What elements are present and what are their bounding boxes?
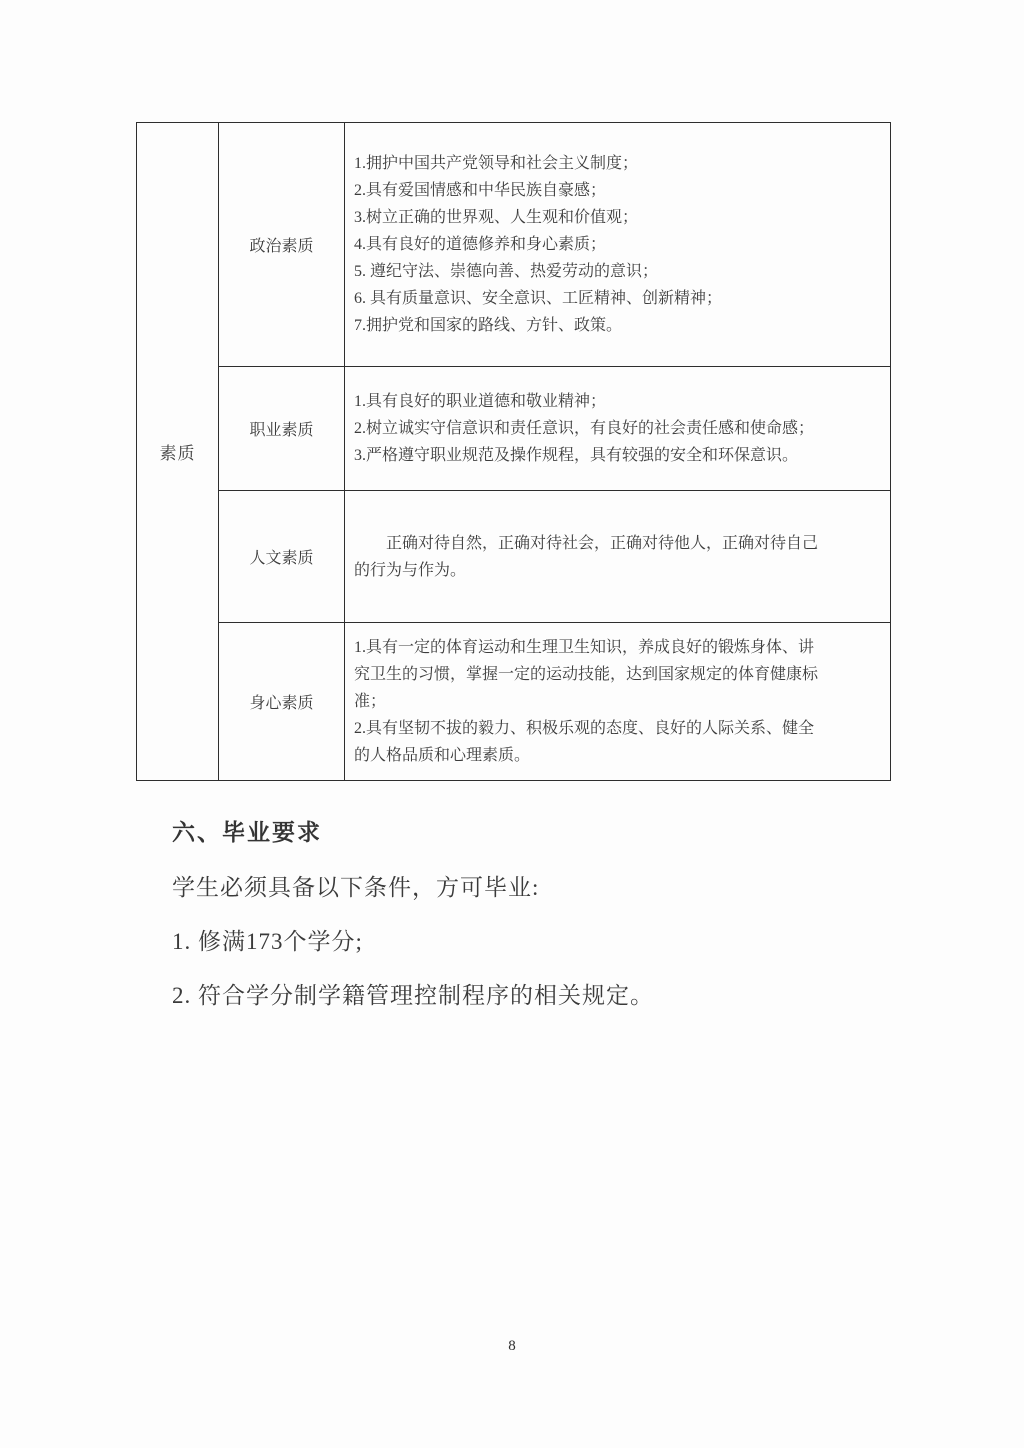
content-line: 2.树立诚实守信意识和责任意识，有良好的社会责任感和使命感； xyxy=(354,415,882,442)
content-line: 正确对待自然，正确对待社会，正确对待他人，正确对待自己 xyxy=(354,530,882,557)
content-line: 究卫生的习惯，掌握一定的运动技能，达到国家规定的体育健康标 xyxy=(354,661,882,688)
content-line: 4.具有良好的道德修养和身心素质； xyxy=(354,231,882,258)
table-row-humanity: 人文素质 正确对待自然，正确对待社会，正确对待他人，正确对待自己 的行为与作为。 xyxy=(137,491,891,623)
group-label-quality: 素质 xyxy=(137,123,219,781)
content-line: 6. 具有质量意识、安全意识、工匠精神、创新精神； xyxy=(354,285,882,312)
quality-table: 素质 政治素质 1.拥护中国共产党领导和社会主义制度； 2.具有爱国情感和中华民… xyxy=(136,122,891,781)
row-content-politics: 1.拥护中国共产党领导和社会主义制度； 2.具有爱国情感和中华民族自豪感； 3.… xyxy=(345,123,891,367)
content-line: 的行为与作为。 xyxy=(354,557,882,584)
content-line: 准； xyxy=(354,688,882,715)
section-paragraph: 2. 符合学分制学籍管理控制程序的相关规定。 xyxy=(172,981,872,1011)
content-line: 的人格品质和心理素质。 xyxy=(354,742,882,769)
content-line: 3.严格遵守职业规范及操作规程，具有较强的安全和环保意识。 xyxy=(354,442,882,469)
section-paragraph: 1. 修满173个学分; xyxy=(172,927,872,957)
table-row-politics: 素质 政治素质 1.拥护中国共产党领导和社会主义制度； 2.具有爱国情感和中华民… xyxy=(137,123,891,367)
row-content-humanity: 正确对待自然，正确对待社会，正确对待他人，正确对待自己 的行为与作为。 xyxy=(345,491,891,623)
row-label-politics: 政治素质 xyxy=(219,123,345,367)
table-row-bodymind: 身心素质 1.具有一定的体育运动和生理卫生知识，养成良好的锻炼身体、讲 究卫生的… xyxy=(137,623,891,781)
row-content-career: 1.具有良好的职业道德和敬业精神； 2.树立诚实守信意识和责任意识，有良好的社会… xyxy=(345,367,891,491)
content-line: 1.具有一定的体育运动和生理卫生知识，养成良好的锻炼身体、讲 xyxy=(354,634,882,661)
table-row-career: 职业素质 1.具有良好的职业道德和敬业精神； 2.树立诚实守信意识和责任意识，有… xyxy=(137,367,891,491)
row-content-bodymind: 1.具有一定的体育运动和生理卫生知识，养成良好的锻炼身体、讲 究卫生的习惯，掌握… xyxy=(345,623,891,781)
section-paragraph: 学生必须具备以下条件，方可毕业: xyxy=(172,873,872,903)
content-line: 1.具有良好的职业道德和敬业精神； xyxy=(354,388,882,415)
content-line: 2.具有坚韧不拔的毅力、积极乐观的态度、良好的人际关系、健全 xyxy=(354,715,882,742)
content-line: 2.具有爱国情感和中华民族自豪感； xyxy=(354,177,882,204)
content-line: 3.树立正确的世界观、人生观和价值观； xyxy=(354,204,882,231)
graduation-requirements-section: 六、毕业要求 学生必须具备以下条件，方可毕业: 1. 修满173个学分; 2. … xyxy=(172,818,872,1035)
section-heading: 六、毕业要求 xyxy=(172,818,872,848)
row-label-humanity: 人文素质 xyxy=(219,491,345,623)
content-line: 1.拥护中国共产党领导和社会主义制度； xyxy=(354,150,882,177)
document-page: 素质 政治素质 1.拥护中国共产党领导和社会主义制度； 2.具有爱国情感和中华民… xyxy=(0,0,1024,1448)
row-label-bodymind: 身心素质 xyxy=(219,623,345,781)
row-label-career: 职业素质 xyxy=(219,367,345,491)
content-line: 7.拥护党和国家的路线、方针、政策。 xyxy=(354,312,882,339)
page-number: 8 xyxy=(0,1338,1024,1355)
content-line: 5. 遵纪守法、崇德向善、热爱劳动的意识； xyxy=(354,258,882,285)
